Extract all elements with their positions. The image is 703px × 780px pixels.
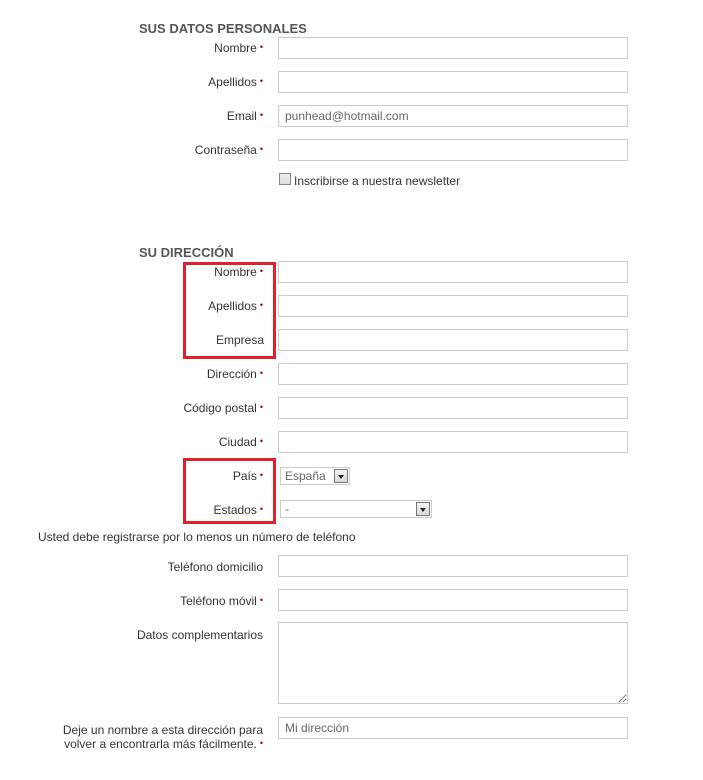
label-nombre: Nombre• — [214, 41, 263, 56]
codigo-postal-input[interactable] — [278, 397, 628, 419]
nombre-input[interactable] — [278, 37, 628, 59]
country-select[interactable]: España — [280, 467, 350, 485]
label-datos-complementarios: Datos complementarios — [137, 628, 263, 642]
telefono-movil-input[interactable] — [278, 589, 628, 611]
label-direccion: Dirección• — [207, 367, 263, 382]
label-email: Email• — [227, 109, 263, 124]
chevron-down-icon[interactable] — [334, 469, 348, 483]
label-contrasena: Contraseña• — [195, 143, 263, 158]
state-select[interactable]: - — [280, 500, 432, 518]
telefono-domicilio-input[interactable] — [278, 555, 628, 577]
addr-apellidos-input[interactable] — [278, 295, 628, 317]
chevron-down-icon[interactable] — [416, 502, 430, 516]
label-estados: Estados• — [213, 503, 263, 518]
newsletter-checkbox[interactable] — [279, 173, 291, 185]
state-selected-value: - — [285, 502, 289, 516]
empresa-input[interactable] — [278, 329, 628, 351]
phone-note: Usted debe registrarse por lo menos un n… — [38, 530, 356, 544]
label-addr-apellidos: Apellidos• — [208, 299, 263, 314]
alias-input[interactable] — [278, 717, 628, 739]
password-input[interactable] — [278, 139, 628, 161]
label-telefono-domicilio: Teléfono domicilio — [168, 560, 263, 574]
section-title-personal: SUS DATOS PERSONALES — [139, 21, 307, 36]
country-selected-value: España — [285, 469, 326, 483]
label-addr-nombre: Nombre• — [214, 265, 263, 280]
label-codigo-postal: Código postal• — [183, 401, 263, 416]
label-alias: Deje un nombre a esta dirección para vol… — [63, 723, 263, 752]
datos-complementarios-textarea[interactable] — [278, 622, 628, 704]
label-pais: País• — [233, 469, 263, 484]
addr-nombre-input[interactable] — [278, 261, 628, 283]
label-empresa: Empresa — [216, 333, 264, 347]
section-title-address: SU DIRECCIÓN — [139, 245, 234, 260]
ciudad-input[interactable] — [278, 431, 628, 453]
apellidos-input[interactable] — [278, 71, 628, 93]
label-ciudad: Ciudad• — [219, 435, 263, 450]
label-apellidos: Apellidos• — [208, 75, 263, 90]
label-telefono-movil: Teléfono móvil• — [180, 594, 263, 609]
direccion-input[interactable] — [278, 363, 628, 385]
newsletter-label[interactable]: Inscribirse a nuestra newsletter — [294, 174, 460, 188]
email-input[interactable] — [278, 105, 628, 127]
